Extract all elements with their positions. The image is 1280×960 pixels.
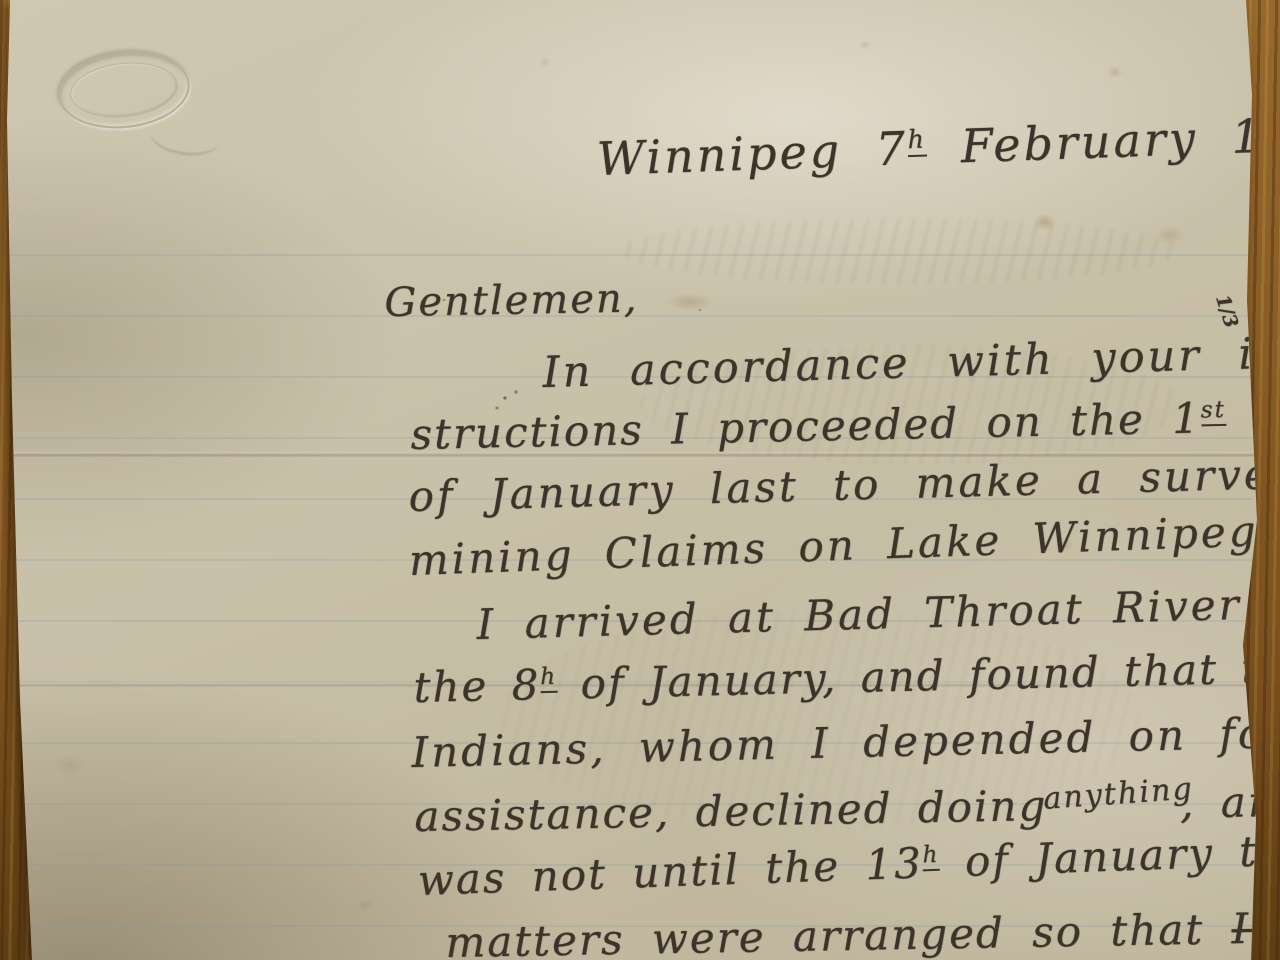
struck-out-words: I could xyxy=(1231,901,1280,953)
body-line-10: matters were arranged so that I couldwor… xyxy=(445,901,1280,960)
dateline: Winnipeg 7h February 1881 xyxy=(596,105,1280,186)
margin-note: 1/3 xyxy=(1211,292,1242,331)
ordinal-suffix: h xyxy=(922,842,940,872)
embossed-seal-flourish xyxy=(148,113,222,159)
embossed-seal-inner-ring xyxy=(67,58,180,123)
body-line-9-end: of January that xyxy=(939,824,1280,887)
body-line-6-end: of January, and found that the xyxy=(557,643,1280,709)
body-line-4: mining Claims on Lake Winnipeg xyxy=(408,506,1259,585)
body-line-2-end: day xyxy=(1226,391,1280,442)
body-line-9-text: was not until the 13 xyxy=(417,838,924,905)
ordinal-suffix: h xyxy=(907,124,927,157)
correction: I couldwork xyxy=(1231,901,1280,953)
body-line-8-text: assistance, declined doing xyxy=(414,781,1048,841)
body-line-1: In accordance with your in- xyxy=(542,328,1280,398)
ink-showthrough xyxy=(620,218,1180,284)
body-line-10-text: matters were arranged so that xyxy=(445,904,1232,960)
inserted-word: work xyxy=(1258,869,1280,916)
body-line-6-text: the 8 xyxy=(413,660,541,712)
dateline-city-day: Winnipeg 7 xyxy=(596,121,909,186)
body-line-7: Indians, whom I depended on for xyxy=(411,708,1280,777)
ordinal-suffix: h xyxy=(540,664,558,693)
inserted-word: anything xyxy=(1042,771,1195,816)
body-line-6: the 8h of January, and found that the xyxy=(413,643,1280,712)
body-line-2-text: structions I proceeded on the 1 xyxy=(410,393,1201,459)
salutation: Gentlemen, xyxy=(384,276,639,326)
body-line-5: I arrived at Bad Throat River on xyxy=(476,578,1280,649)
ordinal-suffix: st xyxy=(1200,397,1226,427)
letter-photo: Winnipeg 7h February 1881 Gentlemen, In … xyxy=(0,0,1280,960)
dateline-rest: February 1881 xyxy=(926,105,1280,174)
letter-paper: Winnipeg 7h February 1881 Gentlemen, In … xyxy=(0,0,1280,960)
body-line-2: structions I proceeded on the 1st day xyxy=(410,391,1280,459)
